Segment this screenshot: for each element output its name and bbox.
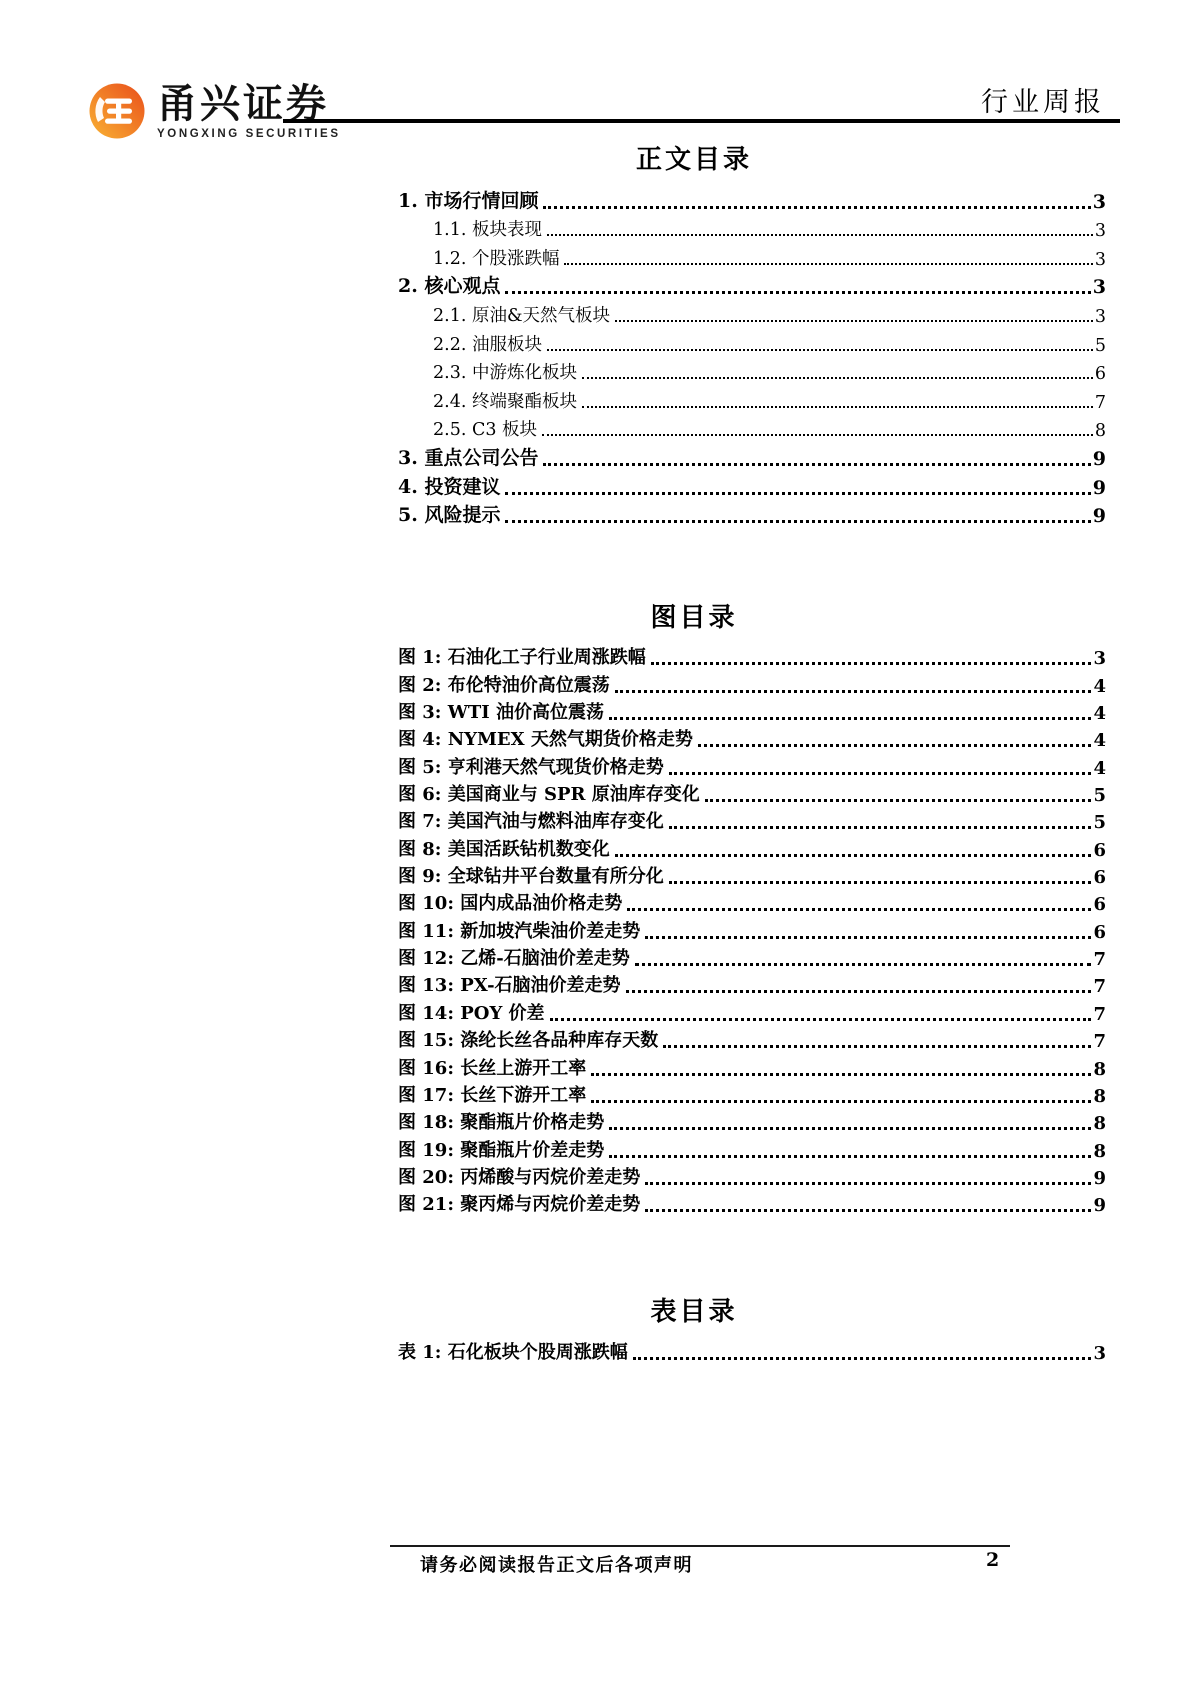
leader-dots — [645, 1209, 1091, 1212]
toc-entry[interactable]: 1.2. 个股涨跌幅 3 — [398, 241, 1106, 270]
toc-entry[interactable]: 图 9: 全球钻井平台数量有所分化 6 — [398, 861, 1106, 888]
toc-entry-page-number: 8 — [1093, 1141, 1106, 1162]
toc-entry-label: 1. 市场行情回顾 — [398, 186, 538, 213]
leader-dots — [645, 936, 1091, 939]
toc-entry-label: 2.2. 油服板块 — [433, 331, 542, 356]
toc-entry[interactable]: 图 15: 涤纶长丝各品种库存天数 7 — [398, 1025, 1106, 1052]
toc-entry-label: 图 3: WTI 油价高位震荡 — [398, 698, 604, 724]
leader-dots — [669, 772, 1092, 775]
figure-toc-list: 图 1: 石油化工子行业周涨跌幅 3 图 2: 布伦特油价高位震荡 4 图 3:… — [398, 642, 1106, 1216]
toc-entry[interactable]: 图 6: 美国商业与 SPR 原油库存变化 5 — [398, 779, 1106, 806]
toc-entry-label: 1.1. 板块表现 — [433, 216, 542, 241]
toc-entry[interactable]: 2.5. C3 板块 8 — [398, 413, 1106, 442]
leader-dots — [635, 963, 1092, 966]
toc-entry-label: 表 1: 石化板块个股周涨跌幅 — [398, 1338, 628, 1364]
toc-entry[interactable]: 1.1. 板块表现 3 — [398, 213, 1106, 242]
toc-entry-page-number: 7 — [1095, 393, 1106, 413]
toc-entry-page-number: 3 — [1095, 307, 1106, 327]
toc-entry-page-number: 3 — [1093, 191, 1106, 213]
toc-entry-page-number: 5 — [1093, 812, 1106, 833]
toc-entry[interactable]: 2.3. 中游炼化板块 6 — [398, 356, 1106, 385]
leader-dots — [627, 908, 1091, 911]
toc-entry-label: 1.2. 个股涨跌幅 — [433, 245, 559, 270]
toc-entry-label: 图 11: 新加坡汽柴油价差走势 — [398, 917, 640, 943]
toc-entry-label: 图 6: 美国商业与 SPR 原油库存变化 — [398, 780, 700, 806]
toc-entry[interactable]: 图 2: 布伦特油价高位震荡 4 — [398, 669, 1106, 696]
toc-entry-label: 2.4. 终端聚酯板块 — [433, 388, 577, 413]
toc-entry[interactable]: 图 3: WTI 油价高位震荡 4 — [398, 697, 1106, 724]
leader-dots — [705, 799, 1092, 802]
toc-entry[interactable]: 4. 投资建议 9 — [398, 470, 1106, 499]
toc-entry-label: 图 8: 美国活跃钻机数变化 — [398, 835, 610, 861]
toc-entry-page-number: 8 — [1093, 1113, 1106, 1134]
toc-entry-page-number: 7 — [1093, 1031, 1106, 1052]
toc-entry[interactable]: 图 14: POY 价差 7 — [398, 997, 1106, 1024]
toc-entry-label: 图 7: 美国汽油与燃料油库存变化 — [398, 807, 664, 833]
leader-dots — [609, 1155, 1091, 1158]
toc-entry-page-number: 9 — [1093, 1168, 1106, 1189]
figure-toc-title: 图目录 — [340, 600, 1048, 636]
toc-entry-label: 图 9: 全球钻井平台数量有所分化 — [398, 862, 664, 888]
leader-dots — [591, 1100, 1091, 1103]
toc-entry[interactable]: 图 18: 聚酯瓶片价格走势 8 — [398, 1107, 1106, 1134]
toc-entry[interactable]: 图 16: 长丝上游开工率 8 — [398, 1052, 1106, 1079]
document-page: 甬兴证券 YONGXING SECURITIES 行业周报 正文目录 1. 市场… — [0, 0, 1191, 1684]
toc-entry[interactable]: 2.1. 原油&天然气板块 3 — [398, 298, 1106, 327]
toc-entry-page-number: 7 — [1093, 949, 1106, 970]
leader-dots — [669, 881, 1092, 884]
toc-entry[interactable]: 1. 市场行情回顾 3 — [398, 184, 1106, 213]
toc-entry-label: 图 5: 亨利港天然气现货价格走势 — [398, 753, 664, 779]
toc-entry-page-number: 4 — [1093, 703, 1106, 724]
toc-entry-page-number: 7 — [1093, 976, 1106, 997]
toc-entry-label: 图 16: 长丝上游开工率 — [398, 1054, 586, 1080]
toc-entry-label: 图 17: 长丝下游开工率 — [398, 1081, 586, 1107]
table-toc-section: 表目录 表 1: 石化板块个股周涨跌幅 3 — [398, 1294, 1106, 1364]
toc-entry-page-number: 9 — [1093, 448, 1106, 470]
toc-entry-label: 4. 投资建议 — [398, 472, 500, 499]
toc-entry-page-number: 4 — [1093, 758, 1106, 779]
toc-entry[interactable]: 3. 重点公司公告 9 — [398, 441, 1106, 470]
brand-name-english: YONGXING SECURITIES — [157, 128, 341, 140]
toc-entry-label: 图 4: NYMEX 天然气期货价格走势 — [398, 725, 693, 751]
toc-entry-page-number: 7 — [1093, 1004, 1106, 1025]
toc-entry-label: 5. 风险提示 — [398, 500, 500, 527]
leader-dots — [505, 291, 1090, 294]
leader-dots — [645, 1182, 1091, 1185]
toc-entry[interactable]: 图 8: 美国活跃钻机数变化 6 — [398, 833, 1106, 860]
leader-dots — [615, 690, 1092, 693]
toc-entry-page-number: 9 — [1093, 477, 1106, 499]
leader-dots — [543, 463, 1090, 466]
table-toc-title: 表目录 — [340, 1294, 1048, 1330]
toc-entry-page-number: 6 — [1093, 922, 1106, 943]
main-toc-list: 1. 市场行情回顾 3 1.1. 板块表现 3 1.2. 个股涨跌幅 3 2. … — [398, 184, 1106, 527]
toc-entry[interactable]: 5. 风险提示 9 — [398, 499, 1106, 528]
toc-entry-label: 图 14: POY 价差 — [398, 999, 545, 1025]
leader-dots — [698, 744, 1092, 747]
toc-entry-page-number: 8 — [1095, 421, 1106, 441]
toc-entry-label: 3. 重点公司公告 — [398, 443, 538, 470]
toc-entry[interactable]: 图 7: 美国汽油与燃料油库存变化 5 — [398, 806, 1106, 833]
toc-entry[interactable]: 图 12: 乙烯-石脑油价差走势 7 — [398, 943, 1106, 970]
toc-entry-page-number: 3 — [1093, 1343, 1106, 1364]
toc-entry[interactable]: 图 20: 丙烯酸与丙烷价差走势 9 — [398, 1162, 1106, 1189]
toc-entry-label: 图 18: 聚酯瓶片价格走势 — [398, 1108, 604, 1134]
toc-entry[interactable]: 图 10: 国内成品油价格走势 6 — [398, 888, 1106, 915]
toc-entry-label: 图 21: 聚丙烯与丙烷价差走势 — [398, 1190, 640, 1216]
footer-page-number: 2 — [986, 1549, 999, 1571]
footer-disclaimer: 请务必阅读报告正文后各项声明 — [420, 1551, 693, 1577]
leader-dots — [505, 492, 1090, 495]
toc-entry-page-number: 3 — [1093, 648, 1106, 669]
toc-entry-page-number: 4 — [1093, 730, 1106, 751]
leader-dots — [633, 1357, 1092, 1360]
toc-entry-page-number: 9 — [1093, 505, 1106, 527]
toc-entry-label: 图 13: PX-石脑油价差走势 — [398, 971, 621, 997]
leader-dots — [505, 520, 1090, 523]
toc-entry-label: 2.5. C3 板块 — [433, 416, 537, 441]
main-toc-section: 正文目录 1. 市场行情回顾 3 1.1. 板块表现 3 1.2. 个股涨跌幅 … — [398, 142, 1106, 527]
toc-entry-label: 图 19: 聚酯瓶片价差走势 — [398, 1136, 604, 1162]
leader-dots — [615, 320, 1093, 322]
toc-entry-page-number: 5 — [1095, 336, 1106, 356]
toc-entry[interactable]: 2.4. 终端聚酯板块 7 — [398, 384, 1106, 413]
toc-entry[interactable]: 图 4: NYMEX 天然气期货价格走势 4 — [398, 724, 1106, 751]
toc-entry[interactable]: 图 11: 新加坡汽柴油价差走势 6 — [398, 915, 1106, 942]
leader-dots — [663, 1045, 1091, 1048]
footer-divider — [390, 1545, 1010, 1547]
toc-entry-label: 图 1: 石油化工子行业周涨跌幅 — [398, 643, 646, 669]
toc-entry-page-number: 6 — [1093, 894, 1106, 915]
leader-dots — [609, 1127, 1091, 1130]
toc-entry[interactable]: 2. 核心观点 3 — [398, 270, 1106, 299]
page-header-logo: 甬兴证券 YONGXING SECURITIES — [88, 82, 341, 140]
toc-entry[interactable]: 图 5: 亨利港天然气现货价格走势 4 — [398, 751, 1106, 778]
leader-dots — [651, 662, 1092, 665]
toc-entry-label: 图 12: 乙烯-石脑油价差走势 — [398, 944, 630, 970]
toc-entry[interactable]: 表 1: 石化板块个股周涨跌幅 3 — [398, 1336, 1106, 1364]
leader-dots — [547, 349, 1093, 351]
toc-entry-page-number: 3 — [1093, 276, 1106, 298]
toc-entry[interactable]: 图 17: 长丝下游开工率 8 — [398, 1080, 1106, 1107]
leader-dots — [609, 717, 1091, 720]
toc-entry-page-number: 8 — [1093, 1059, 1106, 1080]
leader-dots — [669, 826, 1092, 829]
leader-dots — [626, 990, 1092, 993]
toc-entry-page-number: 3 — [1095, 221, 1106, 241]
leader-dots — [547, 234, 1093, 236]
report-type-label: 行业周报 — [981, 80, 1105, 119]
toc-entry-label: 图 10: 国内成品油价格走势 — [398, 889, 622, 915]
leader-dots — [615, 854, 1092, 857]
leader-dots — [564, 263, 1092, 265]
toc-entry-page-number: 9 — [1093, 1195, 1106, 1216]
toc-entry-page-number: 6 — [1095, 364, 1106, 384]
toc-entry-page-number: 6 — [1093, 840, 1106, 861]
toc-entry[interactable]: 图 21: 聚丙烯与丙烷价差走势 9 — [398, 1189, 1106, 1216]
toc-entry-label: 图 2: 布伦特油价高位震荡 — [398, 671, 610, 697]
toc-entry-label: 2.3. 中游炼化板块 — [433, 359, 577, 384]
toc-entry[interactable]: 2.2. 油服板块 5 — [398, 327, 1106, 356]
yongxing-circle-logo-icon — [88, 82, 146, 140]
leader-dots — [591, 1073, 1091, 1076]
toc-entry-page-number: 8 — [1093, 1086, 1106, 1107]
main-toc-title: 正文目录 — [340, 142, 1048, 178]
leader-dots — [582, 377, 1093, 379]
leader-dots — [543, 206, 1090, 209]
toc-entry[interactable]: 图 1: 石油化工子行业周涨跌幅 3 — [398, 642, 1106, 669]
table-toc-list: 表 1: 石化板块个股周涨跌幅 3 — [398, 1336, 1106, 1364]
toc-entry-label: 2.1. 原油&天然气板块 — [433, 302, 610, 327]
leader-dots — [582, 406, 1093, 408]
toc-entry-page-number: 5 — [1093, 785, 1106, 806]
toc-entry-page-number: 4 — [1093, 676, 1106, 697]
figure-toc-section: 图目录 图 1: 石油化工子行业周涨跌幅 3 图 2: 布伦特油价高位震荡 4 … — [398, 600, 1106, 1216]
toc-entry-label: 图 20: 丙烯酸与丙烷价差走势 — [398, 1163, 640, 1189]
leader-dots — [542, 434, 1093, 436]
toc-entry[interactable]: 图 19: 聚酯瓶片价差走势 8 — [398, 1134, 1106, 1161]
toc-entry-label: 2. 核心观点 — [398, 271, 500, 298]
toc-entry[interactable]: 图 13: PX-石脑油价差走势 7 — [398, 970, 1106, 997]
toc-entry-page-number: 6 — [1093, 867, 1106, 888]
toc-entry-page-number: 3 — [1095, 250, 1106, 270]
toc-entry-label: 图 15: 涤纶长丝各品种库存天数 — [398, 1026, 658, 1052]
leader-dots — [550, 1018, 1092, 1021]
header-divider — [283, 119, 1120, 123]
